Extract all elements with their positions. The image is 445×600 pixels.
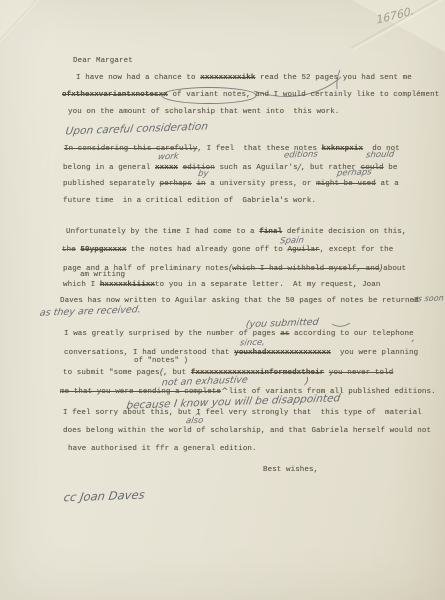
typed-text: Unfortunately by the time I had come to … — [66, 228, 259, 236]
hw-since: since, — [239, 338, 265, 349]
typed-text: such as Aguilar's — [215, 164, 298, 172]
typed-text: at a — [376, 180, 399, 188]
hw-by: by — [197, 169, 209, 179]
struck-text: ofxthexxvariantxnotesxx — [62, 91, 168, 99]
typed-text: of variant notes — [172, 91, 246, 99]
typed-text: Daves has now written to Aguilar asking … — [60, 297, 419, 305]
hw-upon-careful-consideration: Upon careful consideration — [65, 121, 209, 138]
salutation-line: Dear Margaret — [73, 57, 133, 66]
hw-you-submitted: (you submitted — [245, 317, 319, 331]
typed-text: future time in a critical edition of Gab… — [63, 197, 316, 205]
typed-text: I feel sorry about this, but I feel very… — [63, 409, 422, 417]
struck-text: Aguilar — [287, 246, 319, 254]
typed-text: be — [384, 164, 398, 172]
typed-line: future time in a critical edition of Gab… — [63, 197, 316, 206]
handwritten-mark: ∕ — [298, 163, 301, 173]
typed-line: the 50ypgxxxxx the notes had already gon… — [62, 246, 393, 255]
letter-page: Dear MargaretI have now had a chance to … — [0, 0, 445, 600]
struck-text: xxxxx — [155, 164, 178, 172]
typed-line: I was greatly surprised by the number of… — [64, 330, 414, 339]
struck-text: you never told — [329, 369, 393, 377]
typed-text: which I — [63, 281, 100, 289]
typed-text: you on the amount of scholarship that we… — [68, 108, 339, 116]
typed-text: , and I would certainly like to compléme… — [246, 91, 439, 99]
typed-text: to submit — [63, 369, 109, 377]
struck-text: perhaps — [160, 180, 192, 188]
typed-text: belong in a general — [63, 164, 155, 172]
handwritten-mark: ) — [380, 264, 384, 274]
typed-line: does belong within the world of scholars… — [63, 427, 431, 436]
typed-text: does belong within the world of scholars… — [63, 427, 431, 435]
pencil-number: 16760. — [376, 4, 415, 26]
typed-insert-am-writing: am writing — [80, 272, 125, 280]
struck-text: final — [259, 228, 282, 236]
typed-line: have authorised it ffr a general edition… — [68, 445, 257, 454]
typed-text: , except for the — [320, 246, 394, 254]
struck-text: kxknxpxix — [322, 145, 363, 153]
struck-text: xxxxxxxxxikk — [200, 74, 255, 82]
struck-text: in — [196, 180, 205, 188]
struck-text: me that you were sending a complete — [60, 388, 221, 396]
hw-spain: Spain — [279, 236, 304, 247]
typed-text: according to our telephone — [289, 330, 413, 338]
top-left-corner-fold — [0, 0, 40, 44]
hw-as-they-are-received: as they are received. — [39, 304, 142, 319]
hw-cc-joan-daves: cc Joan Daves — [63, 488, 146, 505]
struck-text: youxhadxxxxxxxxxxxxxx — [234, 349, 331, 357]
typed-text: a university press, or — [206, 180, 316, 188]
typed-line: published separately perhaps in a univer… — [63, 180, 399, 189]
typed-text: Best wishes, — [263, 466, 318, 474]
top-left-crease-line — [0, 0, 42, 44]
hw-as-soon: as soon — [412, 293, 444, 303]
typed-text: about — [383, 265, 406, 273]
typed-text: you were planning — [331, 349, 418, 357]
typed-text: conversations, I had understood that — [64, 349, 234, 357]
typed-text: Dear Margaret — [73, 57, 133, 65]
typed-line: which I hxxxxxkiiixxto you in a separate… — [63, 281, 380, 290]
typed-line: I feel sorry about this, but I feel very… — [63, 409, 422, 418]
typed-text: I was greatly surprised by the number of… — [64, 330, 276, 338]
typed-text: the notes had already gone off to — [126, 246, 287, 254]
struck-text: might be used — [316, 180, 376, 188]
typed-line: ofxthexxvariantxnotesxx of variant notes… — [62, 91, 439, 100]
typed-insert-of-notes: of "notes" ) — [134, 358, 188, 366]
hw-should: should — [365, 150, 395, 161]
hw-perhaps: perhaps — [336, 167, 372, 178]
struck-text: hxxxxxkiiixx — [100, 281, 155, 289]
typed-line: I have now had a chance to xxxxxxxxxikk … — [76, 74, 412, 83]
handwritten-mark: ( — [229, 264, 233, 274]
struck-text: which I had withheld myself, and — [232, 265, 379, 273]
hw-comma-after-telephone: , — [411, 333, 416, 344]
hw-editions: editions — [283, 149, 318, 160]
typed-text: "some pages — [109, 369, 160, 377]
struck-text: 50ypgxxxxx — [80, 246, 126, 254]
typed-line: conversations, I had understood that you… — [64, 349, 418, 358]
typed-text: have authorised it ffr a general edition… — [68, 445, 257, 453]
typed-line: you on the amount of scholarship that we… — [68, 108, 339, 117]
scanned-letter-screenshot: { "page": { "kind": "scanned typewritten… — [0, 0, 445, 600]
typed-text: read the 52 pages you had sent me — [255, 74, 411, 82]
typed-text: published separately — [63, 180, 160, 188]
typed-line: Unfortunately by the time I had come to … — [66, 228, 406, 237]
closing-line: Best wishes, — [263, 466, 318, 475]
you-submitted-closing-stroke — [332, 323, 350, 326]
typed-text: I have now had a chance to — [76, 74, 200, 82]
hw-work: work — [157, 152, 179, 163]
typed-line: In considering this carefully, I feel th… — [64, 145, 400, 154]
typed-text: to you in a separate letter. At my reque… — [155, 281, 380, 289]
hw-caret-also: ^ — [193, 412, 201, 421]
struck-text: the — [62, 246, 76, 254]
